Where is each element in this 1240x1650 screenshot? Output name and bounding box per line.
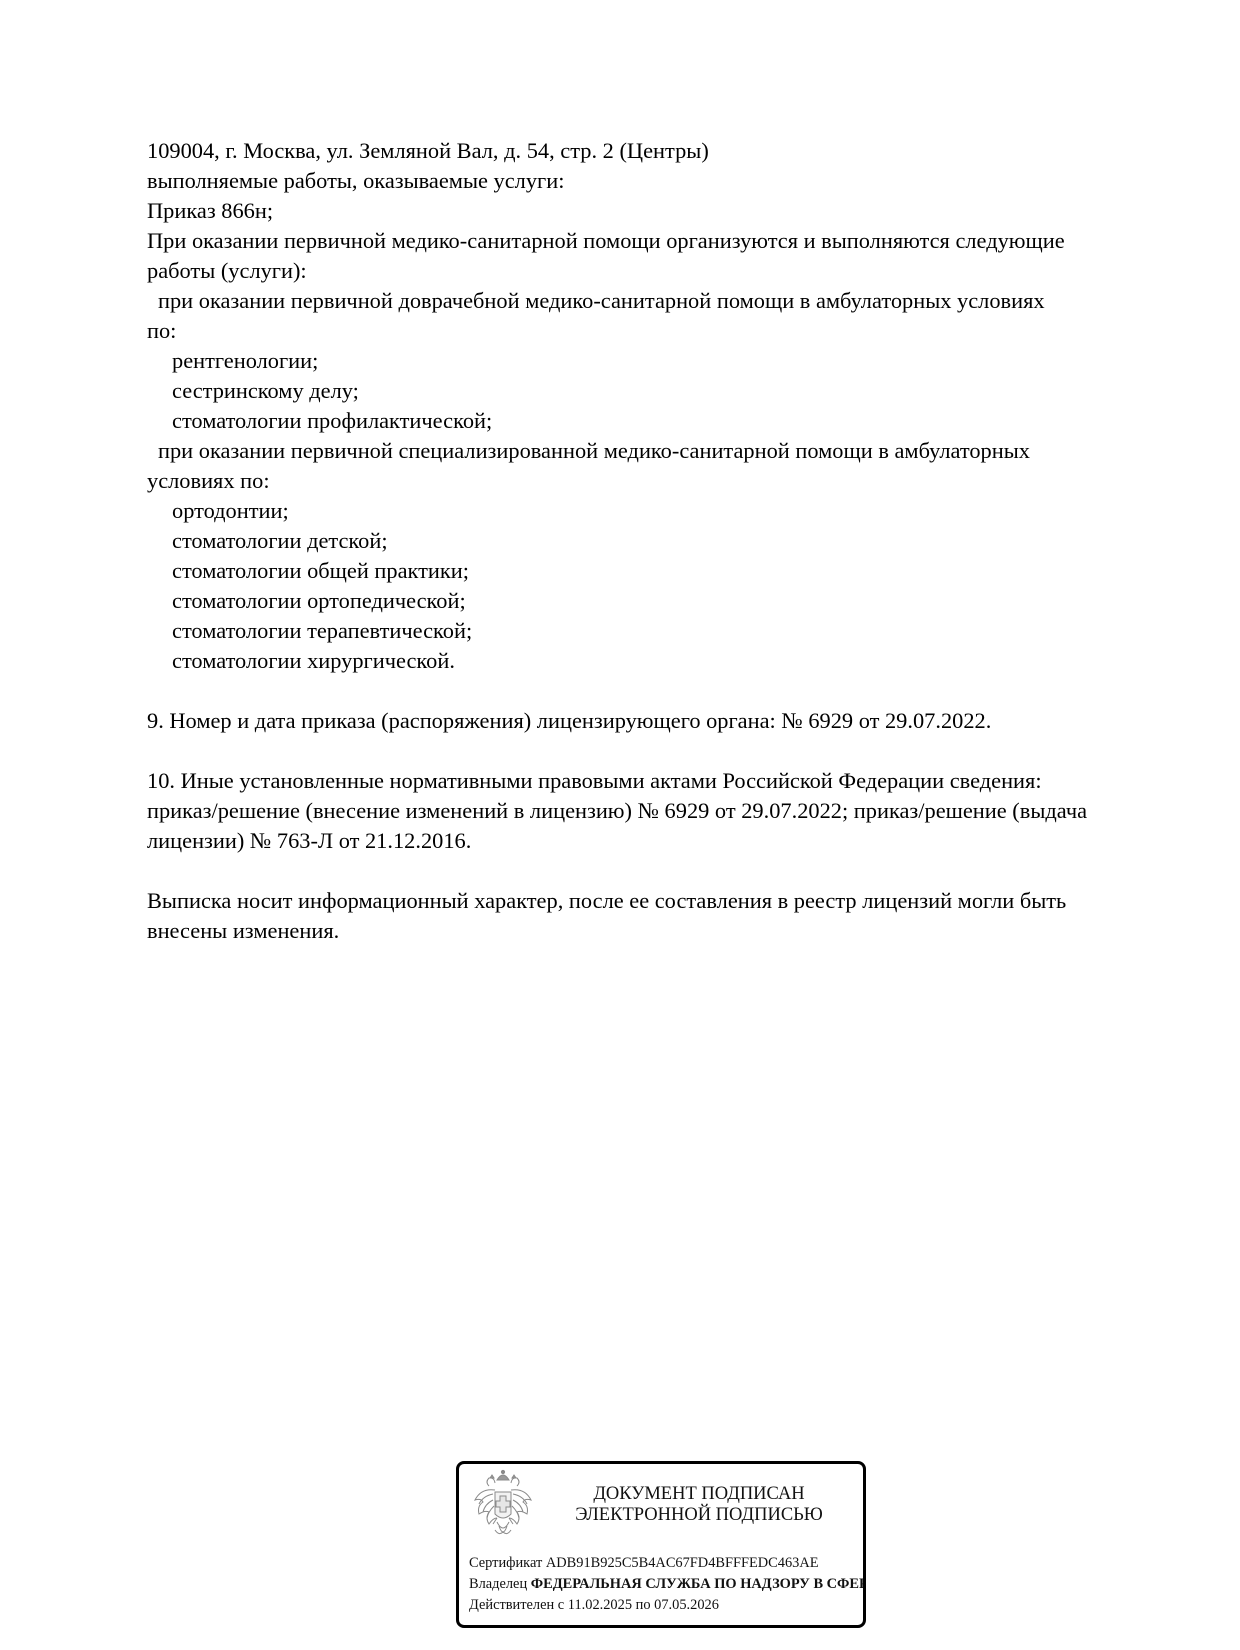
valid-from: 11.02.2025 [568,1597,632,1613]
service-item: стоматологии общей практики; [147,556,1207,586]
stamp-title-line-1: ДОКУМЕНТ ПОДПИСАН [549,1484,849,1505]
spacer [147,856,1207,886]
stamp-details: Сертификат ADB91B925C5B4AC67FD4BFFFEDC46… [469,1553,866,1616]
service-item: стоматологии хирургической. [147,646,1207,676]
validity-to-label: по [636,1597,651,1613]
spacer [147,676,1207,706]
section-10-line-3: лицензии) № 763-Л от 21.12.2016. [147,826,1207,856]
group-header-line-1: при оказании первичной доврачебной медик… [147,286,1207,316]
valid-to: 07.05.2026 [654,1597,719,1613]
stamp-title: ДОКУМЕНТ ПОДПИСАН ЭЛЕКТРОННОЙ ПОДПИСЬЮ [549,1484,849,1526]
service-item: сестринскому делу; [147,376,1207,406]
disclaimer-line-1: Выписка носит информационный характер, п… [147,886,1207,916]
service-item: рентгенологии; [147,346,1207,376]
group-header-line-2: по: [147,316,1207,346]
group-header-line-1: при оказании первичной специализированно… [147,436,1207,466]
certificate-label: Сертификат [469,1555,542,1571]
certificate-value: ADB91B925C5B4AC67FD4BFFFEDC463AE [546,1555,819,1571]
section-9-order-number: 9. Номер и дата приказа (распоряжения) л… [147,706,1207,736]
service-item: стоматологии ортопедической; [147,586,1207,616]
spacer [147,736,1207,766]
stamp-title-line-2: ЭЛЕКТРОННОЙ ПОДПИСЬЮ [549,1505,849,1526]
service-item: ортодонтии; [147,496,1207,526]
section-10-line-2: приказ/решение (внесение изменений в лиц… [147,796,1207,826]
section-10-line-1: 10. Иные установленные нормативными прав… [147,766,1207,796]
owner-value: ФЕДЕРАЛЬНАЯ СЛУЖБА ПО НАДЗОРУ В СФЕРЕ ЗД… [531,1576,866,1592]
intro-line-2: работы (услуги): [147,256,1207,286]
intro-line-1: При оказании первичной медико-санитарной… [147,226,1207,256]
disclaimer: Выписка носит информационный характер, п… [147,886,1207,946]
certificate-row: Сертификат ADB91B925C5B4AC67FD4BFFFEDC46… [469,1553,866,1574]
works-label: выполняемые работы, оказываемые услуги: [147,166,1207,196]
service-group-primary-specialized: при оказании первичной специализированно… [147,436,1207,676]
coat-of-arms-icon [473,1468,533,1544]
disclaimer-line-2: внесены изменения. [147,916,1207,946]
address-line: 109004, г. Москва, ул. Земляной Вал, д. … [147,136,1207,166]
validity-label: Действителен с [469,1597,564,1613]
group-header-line-2: условиях по: [147,466,1207,496]
service-group-primary-prehospital: при оказании первичной доврачебной медик… [147,286,1207,436]
electronic-signature-stamp: ДОКУМЕНТ ПОДПИСАН ЭЛЕКТРОННОЙ ПОДПИСЬЮ С… [456,1461,866,1628]
service-item: стоматологии профилактической; [147,406,1207,436]
section-10-other-info: 10. Иные установленные нормативными прав… [147,766,1207,856]
owner-label: Владелец [469,1576,527,1592]
service-item: стоматологии детской; [147,526,1207,556]
owner-row: Владелец ФЕДЕРАЛЬНАЯ СЛУЖБА ПО НАДЗОРУ В… [469,1574,866,1595]
license-extract-page: 109004, г. Москва, ул. Земляной Вал, д. … [147,136,1207,946]
service-item: стоматологии терапевтической; [147,616,1207,646]
order-reference: Приказ 866н; [147,196,1207,226]
validity-row: Действителен с 11.02.2025 по 07.05.2026 [469,1595,866,1616]
